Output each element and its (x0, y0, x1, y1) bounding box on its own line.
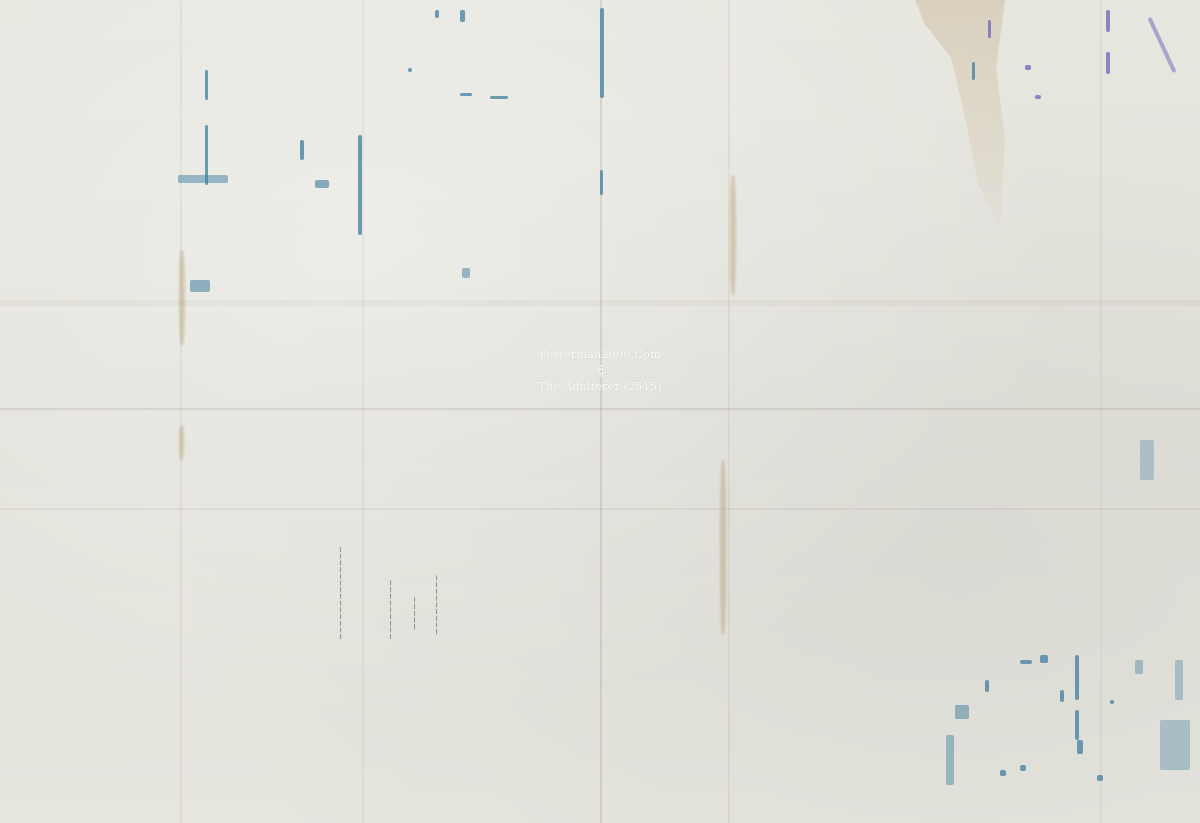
stain (179, 425, 184, 460)
handwritten-note: ~~~~~~~~~ (386, 580, 395, 640)
ink-mark (1148, 17, 1177, 73)
vertical-fold-left (180, 0, 182, 823)
ink-mark (1075, 655, 1079, 700)
handwritten-note: ~~~~~ (410, 596, 419, 630)
watermark-site: Posterman2000.Com (500, 346, 700, 362)
watermark-english-title: The Adulterer (2515) (500, 378, 700, 394)
vertical-fold-left-mid (362, 0, 364, 823)
ink-mark (1175, 660, 1183, 700)
ink-mark (205, 70, 208, 100)
ink-mark (1106, 52, 1110, 74)
ink-mark (600, 170, 603, 195)
stain (179, 250, 185, 345)
ink-mark (490, 96, 508, 99)
ink-mark (1060, 690, 1064, 702)
ink-mark (462, 268, 470, 278)
ink-mark (1020, 660, 1032, 664)
ink-mark (358, 135, 362, 235)
vertical-fold-right (1100, 0, 1102, 823)
vertical-fold-right-mid (728, 0, 730, 823)
ink-mark (1035, 95, 1041, 99)
ink-mark (408, 68, 412, 72)
ink-mark (1097, 775, 1103, 781)
stain (720, 460, 726, 635)
ink-mark (1135, 660, 1143, 674)
ink-mark (1075, 710, 1079, 740)
horizontal-fold-center (0, 408, 1200, 410)
vertical-fold-center (600, 0, 602, 823)
stain (730, 175, 736, 295)
ink-mark (600, 8, 604, 98)
ink-mark (1140, 440, 1154, 480)
ink-mark (300, 140, 304, 160)
ink-mark (1106, 10, 1110, 32)
poster-back-paper: Posterman2000.Com ชู้ The Adulterer (251… (0, 0, 1200, 823)
ink-mark (946, 735, 954, 785)
ink-mark (1000, 770, 1006, 776)
ink-mark (315, 180, 329, 188)
handwritten-note: ~~~~~~~~~~~~~~ (336, 546, 345, 640)
ink-mark (972, 62, 975, 80)
watermark: Posterman2000.Com ชู้ The Adulterer (251… (500, 346, 700, 394)
ink-mark (435, 10, 439, 18)
ink-mark (190, 280, 210, 292)
ink-mark (985, 680, 989, 692)
ink-mark (178, 175, 228, 183)
ink-mark (1110, 700, 1114, 704)
watermark-thai-title: ชู้ (500, 362, 700, 378)
ink-mark (1020, 765, 1026, 771)
stained-torn-area (915, 0, 1005, 230)
handwritten-note: ~~~~~~~~~ (432, 575, 441, 635)
ink-mark (460, 10, 465, 22)
ink-mark (1160, 720, 1190, 770)
ink-mark (460, 93, 472, 96)
ink-mark (1077, 740, 1083, 754)
ink-mark (988, 20, 991, 38)
ink-mark (1025, 65, 1031, 70)
ink-mark (955, 705, 969, 719)
ink-mark (1040, 655, 1048, 663)
horizontal-fold-lower (0, 508, 1200, 510)
